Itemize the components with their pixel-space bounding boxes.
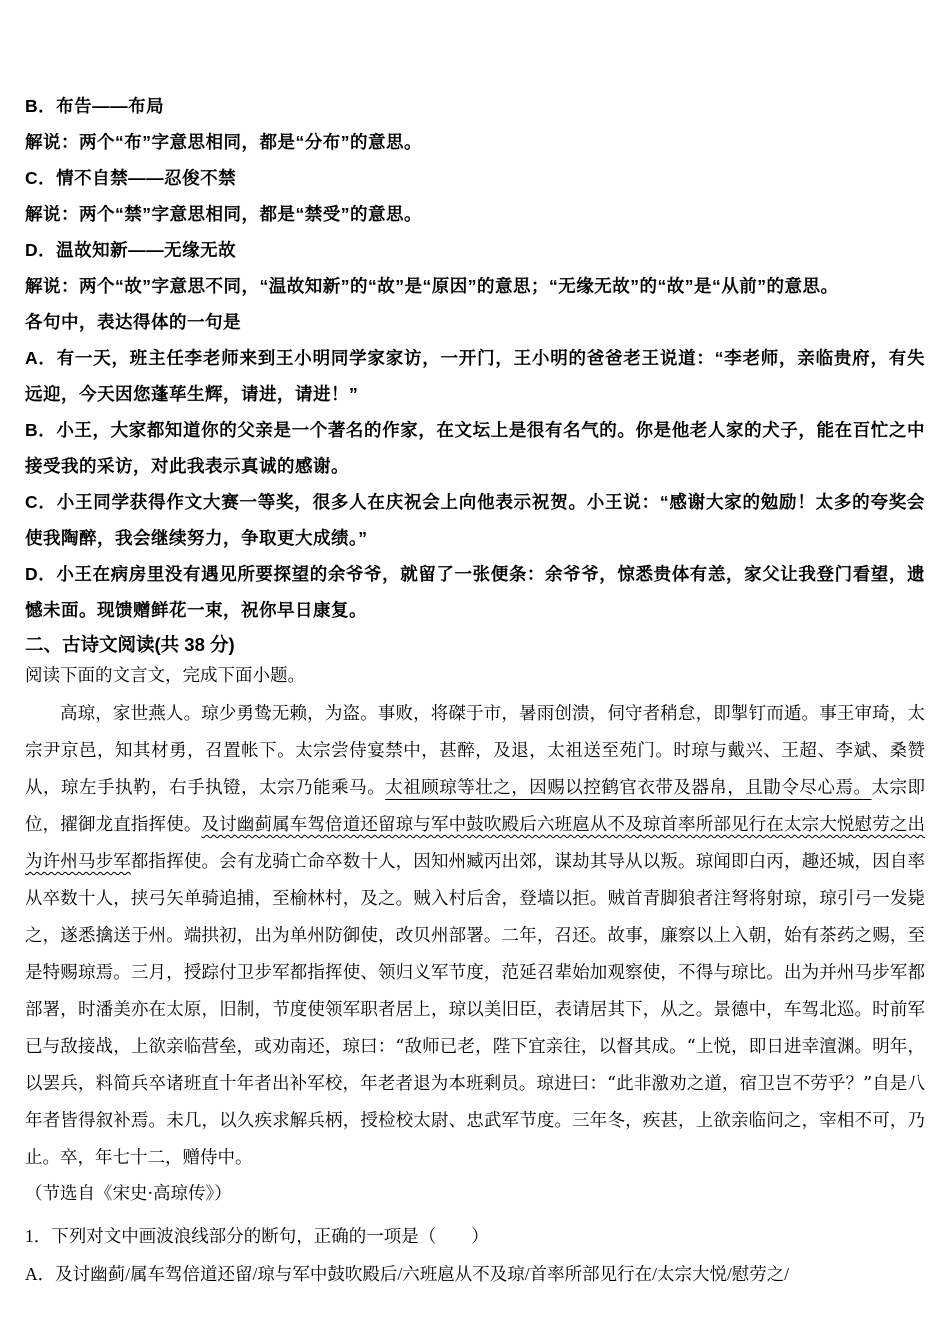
option-c-word-pair: C．情不自禁——忍俊不禁 [25,160,925,196]
option-d-expression: D．小王在病房里没有遇见所要探望的余爷爷，就留了一张便条：余爷爷，惊悉贵体有恙，… [25,556,925,628]
source-note: （节选自《宋史·高琼传》） [25,1177,925,1211]
exam-page: B．布告——布局 解说：两个“布”字意思相同，都是“分布”的意思。 C．情不自禁… [0,0,950,1344]
question-stem-expression: 各句中，表达得体的一句是 [25,304,925,340]
option-b-word-pair: B．布告——布局 [25,88,925,124]
classical-passage: 高琼，家世燕人。琼少勇鸷无赖，为盗。事败，将磔于市，暑雨创溃，伺守者稍怠，即掣钉… [25,696,925,1177]
passage-text: 都指挥使。会有龙骑亡命卒数十人，因知州臧丙出郊，谋劫其导从以叛。琼闻即白丙，趣还… [25,852,925,1168]
explanation-c: 解说：两个“禁”字意思相同，都是“禁受”的意思。 [25,196,925,232]
reading-instruction: 阅读下面的文言文，完成下面小题。 [25,660,925,690]
section-heading-classical-reading: 二、古诗文阅读(共 38 分) [25,630,925,660]
explanation-d: 解说：两个“故”字意思不同，“温故知新”的“故”是“原因”的意思；“无缘无故”的… [25,268,925,304]
option-c-expression: C．小王同学获得作文大赛一等奖，很多人在庆祝会上向他表示祝贺。小王说：“感谢大家… [25,484,925,556]
option-b-expression: B．小王，大家都知道你的父亲是一个著名的作家，在文坛上是很有名气的。你是他老人家… [25,412,925,484]
explanation-b: 解说：两个“布”字意思相同，都是“分布”的意思。 [25,124,925,160]
option-d-word-pair: D．温故知新——无缘无故 [25,232,925,268]
question-1: 1．下列对文中画波浪线部分的断句，正确的一项是（ ） [25,1219,925,1253]
underlined-text: 太祖顾琼等壮之，因赐以控鹤官衣带及器帛，且勖令尽心焉。 [385,778,871,798]
question-1-option-a: A．及讨幽蓟/属车驾倍道还留/琼与军中鼓吹殿后/六班扈从不及琼/首率所部见行在/… [25,1257,925,1291]
option-a-expression: A．有一天，班主任李老师来到王小明同学家家访，一开门，王小明的爸爸老王说道：“李… [25,340,925,412]
